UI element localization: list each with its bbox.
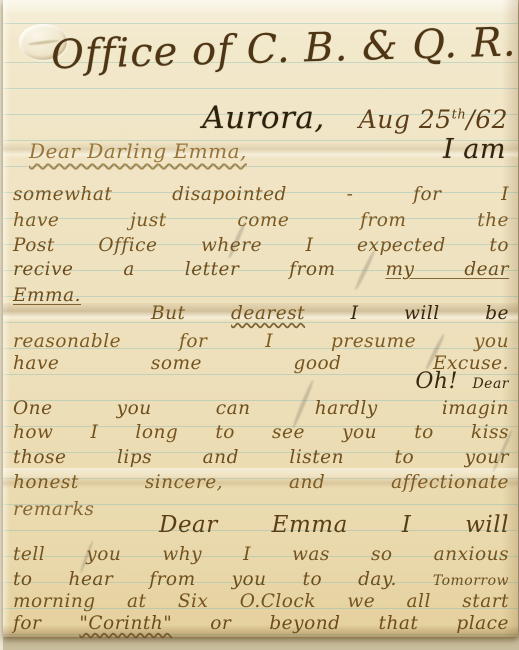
dateline-month-day: Aug 25 — [359, 105, 452, 134]
letter-text: somewhat disapointed - for I — [13, 184, 509, 205]
letter-line: reasonable for I presume you — [13, 330, 509, 354]
letter-text: have just come from the — [13, 210, 509, 231]
scanned-letter: Office of C. B. & Q. R. R. Aurora, Aug 2… — [0, 0, 519, 650]
letter-page: Office of C. B. & Q. R. R. Aurora, Aug 2… — [3, 0, 518, 637]
dateline-place: Aurora, — [202, 100, 325, 136]
letter-text: reasonable for I presume you — [13, 331, 509, 352]
paper-top-edge-highlight — [3, 0, 518, 15]
paper-left-edge-highlight — [3, 0, 10, 637]
letter-line: how I long to see you to kiss — [13, 421, 509, 445]
letter-line: Dear Emma I will — [13, 513, 509, 537]
letter-text: Tomorrow — [433, 573, 509, 589]
letter-line: One you can hardly imagin — [13, 397, 509, 421]
underlined-text: my dear — [385, 259, 509, 280]
letter-text: Post Office where I expected to — [13, 235, 509, 256]
letter-line: those lips and listen to your — [13, 446, 509, 470]
letterhead-office-line: Office of C. B. & Q. R. R. — [50, 20, 510, 79]
letter-text: I will be — [305, 303, 509, 324]
dateline: Aurora, Aug 25th/62 — [183, 100, 508, 136]
letter-line: for "Corinth" or beyond that place — [13, 612, 509, 636]
dateline-ordinal-suffix: th — [452, 108, 467, 123]
letter-line: honest sincere, and affectionate — [13, 471, 509, 495]
letter-text: for — [13, 613, 79, 634]
salutation: Dear Darling Emma, — [29, 139, 247, 163]
letter-text: recive a letter from — [13, 259, 385, 280]
letter-line: somewhat disapointed - for I — [13, 183, 509, 207]
wavy-underlined-text: "Corinth" — [79, 613, 172, 634]
letter-text: how I long to see you to kiss — [13, 422, 509, 443]
letter-text: Oh! — [415, 369, 472, 394]
letter-line: tell you why I was so anxious — [13, 543, 509, 567]
letter-text: to hear from you to day. — [13, 569, 433, 590]
letter-text: One you can hardly imagin — [13, 398, 509, 419]
opening-words: I am — [443, 134, 506, 165]
letter-text: or beyond that place — [172, 613, 509, 634]
letter-line: But dearest I will be — [13, 302, 509, 326]
letter-text: tell you why I was so anxious — [13, 544, 509, 565]
letter-line: Oh! Dear — [13, 370, 509, 396]
letter-text: Dear Emma I will — [159, 512, 509, 538]
letter-text: those lips and listen to your — [13, 447, 509, 468]
wavy-underlined-text: dearest — [231, 303, 305, 324]
letter-line: have just come from the — [13, 209, 509, 233]
letter-text: morning at Six O.Clock we all start — [13, 591, 509, 612]
letter-line: Post Office where I expected to — [13, 234, 509, 258]
dateline-date: Aug 25th/62 — [359, 105, 508, 134]
letter-line: recive a letter from my dear — [13, 258, 509, 282]
letter-text: But — [151, 303, 231, 324]
letter-text: Dear — [472, 376, 509, 392]
salutation-row: Dear Darling Emma, I am — [29, 134, 506, 165]
letter-text: honest sincere, and affectionate — [13, 472, 509, 493]
dateline-year: /62 — [466, 105, 508, 134]
letter-line: morning at Six O.Clock we all start — [13, 590, 509, 614]
